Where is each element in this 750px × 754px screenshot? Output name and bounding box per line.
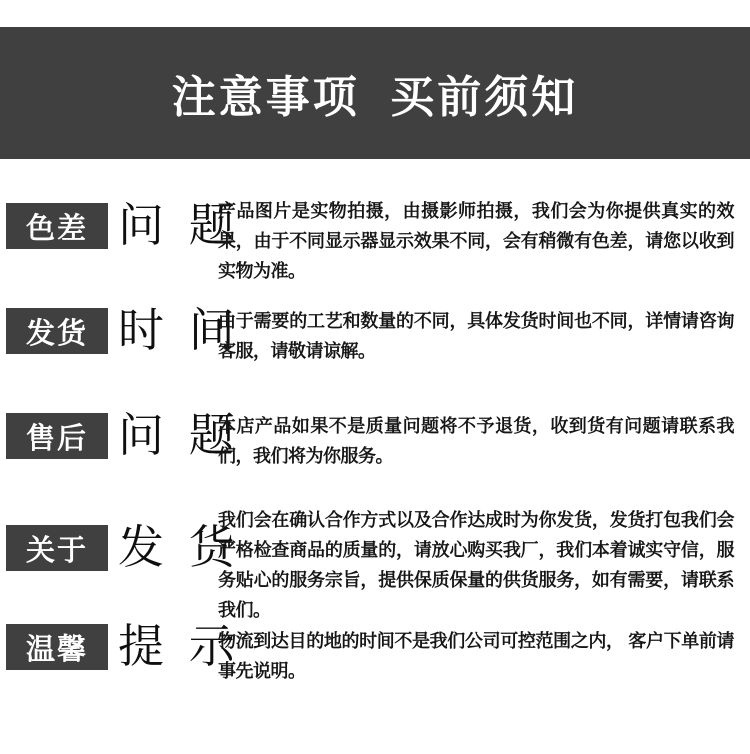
- section-warm-tips: 温馨 提 示 物流到达目的地的时间不是我们公司可控范围之内， 客户下单前请事先说…: [0, 624, 750, 670]
- notice-page: 注意事项 买前须知 色差 问 题 产品图片是实物拍摄，由摄影师拍摄，我们会为你提…: [0, 0, 750, 754]
- section-about-delivery: 关于 发 货 我们会在确认合作方式以及合作达成时为你发货，发货打包我们会严格检查…: [0, 525, 750, 571]
- section-badge: 发货: [6, 308, 108, 354]
- section-badge: 关于: [6, 525, 108, 571]
- page-title: 注意事项 买前须知: [172, 61, 578, 125]
- section-body: 本店产品如果不是质量问题将不予退货，收到货有问题请联系我们，我们将为你服务。: [218, 411, 734, 471]
- section-body: 由于需要的工艺和数量的不同，具体发货时间也不同，详情请咨询客服，请敬请谅解。: [218, 306, 734, 366]
- section-badge: 温馨: [6, 624, 108, 670]
- section-body: 我们会在确认合作方式以及合作达成时为你发货，发货打包我们会严格检查商品的质量的，…: [218, 505, 734, 625]
- header-band: 注意事项 买前须知: [0, 27, 750, 159]
- section-body: 产品图片是实物拍摄，由摄影师拍摄，我们会为你提供真实的效果，由于不同显示器显示效…: [218, 196, 734, 286]
- section-badge: 色差: [6, 203, 108, 249]
- section-body: 物流到达目的地的时间不是我们公司可控范围之内， 客户下单前请事先说明。: [218, 626, 734, 686]
- section-after-sales: 售后 问 题 本店产品如果不是质量问题将不予退货，收到货有问题请联系我们，我们将…: [0, 413, 750, 459]
- section-color-difference: 色差 问 题 产品图片是实物拍摄，由摄影师拍摄，我们会为你提供真实的效果，由于不…: [0, 203, 750, 249]
- section-shipping-time: 发货 时 间 由于需要的工艺和数量的不同，具体发货时间也不同，详情请咨询客服，请…: [0, 308, 750, 354]
- section-badge: 售后: [6, 413, 108, 459]
